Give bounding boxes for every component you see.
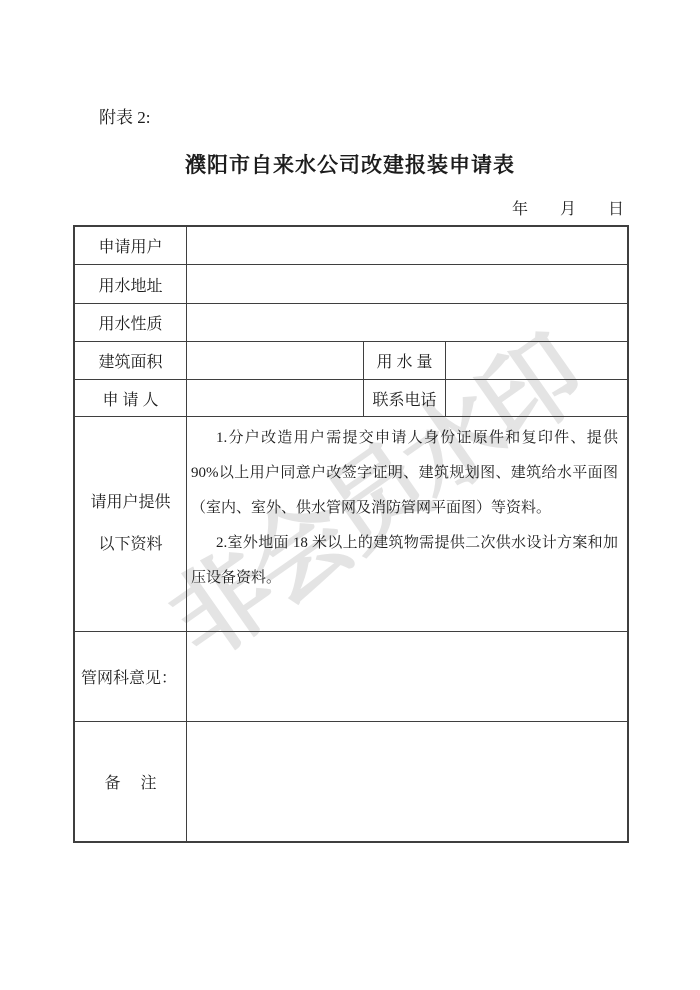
contact-phone-label: 联系电话 [363, 380, 446, 416]
required-materials-label: 请用户提供 以下资料 [75, 417, 187, 631]
required-materials-label-line1: 请用户提供 [90, 482, 170, 524]
required-materials-text: 1.分户改造用户需提交申请人身份证原件和复印件、提供 90%以上用户同意户改签字… [187, 417, 627, 631]
document-page: 非会员水印 附表 2: 濮阳市自来水公司改建报装申请表 年 月 日 申请用户 用… [0, 0, 700, 990]
water-use-nature-label: 用水性质 [75, 304, 187, 341]
row-water-address: 用水地址 [75, 265, 627, 304]
materials-item-2: 2.室外地面 18 米以上的建筑物需提供二次供水设计方案和加压设备资料。 [191, 526, 618, 596]
materials-item-1: 1.分户改造用户需提交申请人身份证原件和复印件、提供 90%以上用户同意户改签字… [191, 421, 618, 526]
water-use-nature-field[interactable] [187, 304, 627, 341]
required-materials-label-line2: 以下资料 [98, 524, 162, 566]
water-address-label: 用水地址 [75, 265, 187, 303]
applicant-user-label: 申请用户 [75, 227, 187, 264]
remarks-label: 备 注 [75, 722, 187, 841]
building-area-field[interactable] [187, 342, 363, 379]
row-applicant-user: 申请用户 [75, 227, 627, 265]
pipe-network-opinion-field[interactable] [187, 632, 627, 721]
row-water-use-nature: 用水性质 [75, 304, 627, 342]
row-remarks: 备 注 [75, 722, 627, 841]
applicant-user-field[interactable] [187, 227, 627, 264]
contact-phone-field[interactable] [446, 380, 627, 416]
applicant-person-field[interactable] [187, 380, 363, 416]
date-line: 年 月 日 [512, 196, 624, 219]
remarks-field[interactable] [187, 722, 627, 841]
water-address-field[interactable] [187, 265, 627, 303]
pipe-network-opinion-label: 管网科意见： [75, 632, 187, 721]
attachment-label: 附表 2: [99, 103, 150, 128]
row-required-materials: 请用户提供 以下资料 1.分户改造用户需提交申请人身份证原件和复印件、提供 90… [75, 417, 627, 632]
row-pipe-network-opinion: 管网科意见： [75, 632, 627, 722]
water-volume-field[interactable] [446, 342, 627, 379]
row-applicant-person: 申 请 人 联系电话 [75, 380, 627, 417]
row-building-area: 建筑面积 用 水 量 [75, 342, 627, 380]
applicant-person-label: 申 请 人 [75, 380, 187, 416]
building-area-label: 建筑面积 [75, 342, 187, 379]
water-volume-label: 用 水 量 [363, 342, 446, 379]
application-form-table: 申请用户 用水地址 用水性质 建筑面积 用 水 量 申 请 人 联系电话 [73, 225, 629, 843]
document-title: 濮阳市自来水公司改建报装申请表 [0, 149, 700, 179]
